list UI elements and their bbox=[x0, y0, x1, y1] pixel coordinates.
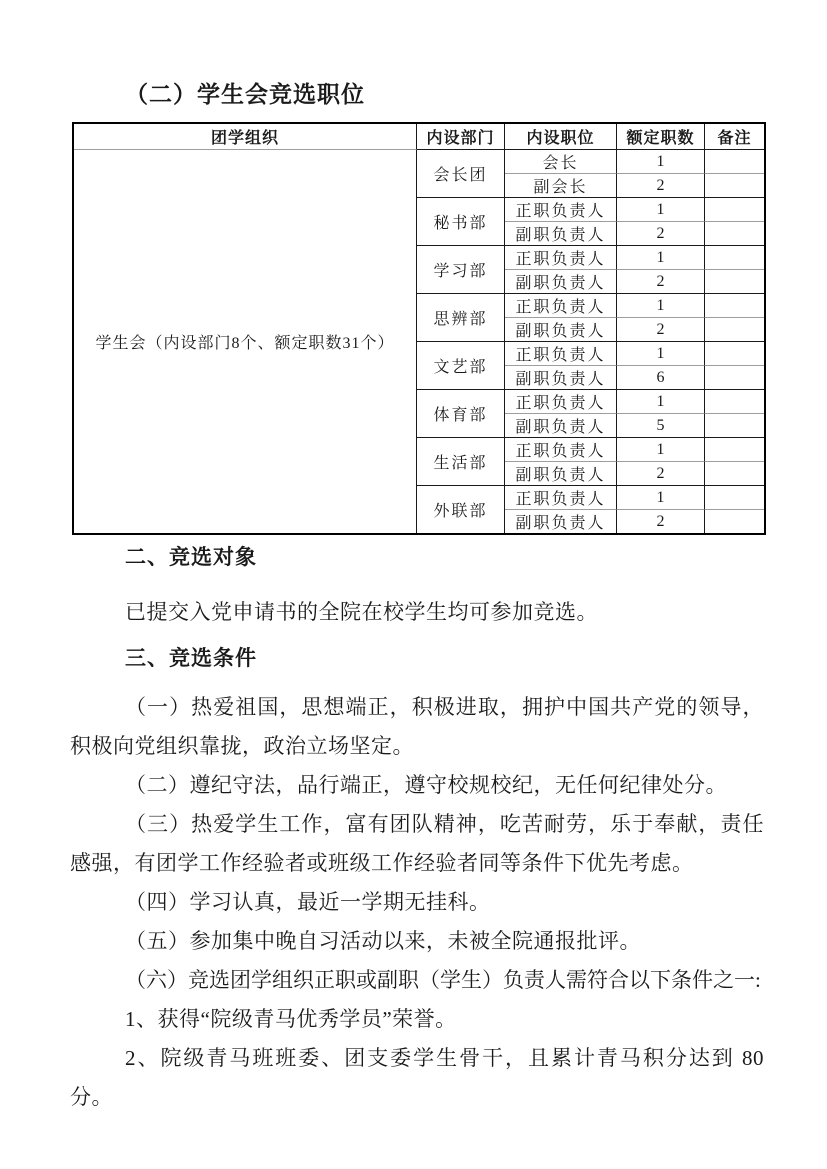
note-cell bbox=[705, 414, 764, 438]
body-paragraph: （五）参加集中晚自习活动以来，未被全院通报批评。 bbox=[70, 922, 764, 961]
dept-cell: 生活部 bbox=[417, 438, 505, 486]
quota-cell: 1 bbox=[617, 390, 705, 414]
position-cell: 副会长 bbox=[505, 174, 617, 198]
body-paragraph: （二）遵纪守法，品行端正，遵守校规校纪，无任何纪律处分。 bbox=[70, 766, 764, 805]
quota-cell: 1 bbox=[617, 198, 705, 222]
quota-cell: 1 bbox=[617, 246, 705, 270]
dept-cell: 文艺部 bbox=[417, 342, 505, 390]
org-cell: 学生会（内设部门8个、额定职数31个） bbox=[74, 150, 417, 533]
dept-cell: 学习部 bbox=[417, 246, 505, 294]
position-cell: 正职负责人 bbox=[505, 294, 617, 318]
quota-cell: 2 bbox=[617, 270, 705, 294]
position-cell: 副职负责人 bbox=[505, 462, 617, 486]
body-paragraph: 1、获得“院级青马优秀学员”荣誉。 bbox=[70, 1000, 764, 1039]
subsection-heading-conditions: 三、竞选条件 bbox=[125, 646, 764, 672]
body-paragraph: （六）竞选团学组织正职或副职（学生）负责人需符合以下条件之一: bbox=[70, 961, 764, 1000]
quota-cell: 1 bbox=[617, 150, 705, 174]
quota-cell: 6 bbox=[617, 366, 705, 390]
position-cell: 副职负责人 bbox=[505, 414, 617, 438]
note-cell bbox=[705, 462, 764, 486]
position-cell: 副职负责人 bbox=[505, 270, 617, 294]
positions-table: 团学组织 内设部门 内设职位 额定职数 备注 学生会（内设部门8个、额定职数31… bbox=[72, 122, 766, 535]
note-cell bbox=[705, 270, 764, 294]
position-cell: 副职负责人 bbox=[505, 366, 617, 390]
position-cell: 副职负责人 bbox=[505, 510, 617, 533]
note-cell bbox=[705, 438, 764, 462]
col-header-note: 备注 bbox=[705, 124, 764, 150]
note-cell bbox=[705, 510, 764, 533]
position-cell: 正职负责人 bbox=[505, 246, 617, 270]
note-cell bbox=[705, 342, 764, 366]
quota-cell: 1 bbox=[617, 342, 705, 366]
document-page: （二）学生会竞选职位 团学组织 内设部门 内设职位 额定职数 备注 学生会（内设… bbox=[0, 0, 827, 1169]
note-cell bbox=[705, 174, 764, 198]
col-header-position: 内设职位 bbox=[505, 124, 617, 150]
position-cell: 会长 bbox=[505, 150, 617, 174]
note-cell bbox=[705, 318, 764, 342]
quota-cell: 2 bbox=[617, 318, 705, 342]
dept-cell: 秘书部 bbox=[417, 198, 505, 246]
quota-cell: 2 bbox=[617, 510, 705, 533]
quota-cell: 5 bbox=[617, 414, 705, 438]
body-paragraph: 已提交入党申请书的全院在校学生均可参加竞选。 bbox=[70, 593, 764, 632]
note-cell bbox=[705, 390, 764, 414]
quota-cell: 1 bbox=[617, 438, 705, 462]
note-cell bbox=[705, 366, 764, 390]
note-cell bbox=[705, 222, 764, 246]
col-header-quota: 额定职数 bbox=[617, 124, 705, 150]
section-title: （二）学生会竞选职位 bbox=[125, 76, 365, 109]
quota-cell: 1 bbox=[617, 294, 705, 318]
position-cell: 正职负责人 bbox=[505, 342, 617, 366]
note-cell bbox=[705, 150, 764, 174]
body-paragraph: （一）热爱祖国，思想端正，积极进取，拥护中国共产党的领导，积极向党组织靠拢，政治… bbox=[70, 688, 764, 766]
dept-cell: 外联部 bbox=[417, 486, 505, 533]
dept-cell: 体育部 bbox=[417, 390, 505, 438]
note-cell bbox=[705, 246, 764, 270]
position-cell: 副职负责人 bbox=[505, 222, 617, 246]
subsection-heading-targets: 二、竞选对象 bbox=[125, 545, 764, 571]
quota-cell: 1 bbox=[617, 486, 705, 510]
note-cell bbox=[705, 486, 764, 510]
table-header-row: 团学组织 内设部门 内设职位 额定职数 备注 bbox=[74, 124, 764, 150]
body-paragraph: （四）学习认真，最近一学期无挂科。 bbox=[70, 883, 764, 922]
col-header-org: 团学组织 bbox=[74, 124, 417, 150]
position-cell: 正职负责人 bbox=[505, 198, 617, 222]
dept-cell: 思辨部 bbox=[417, 294, 505, 342]
note-cell bbox=[705, 294, 764, 318]
quota-cell: 2 bbox=[617, 462, 705, 486]
document-body: 二、竞选对象 已提交入党申请书的全院在校学生均可参加竞选。 三、竞选条件 （一）… bbox=[70, 545, 764, 1117]
table-row: 学生会（内设部门8个、额定职数31个） 会长团 会长 1 bbox=[74, 150, 764, 174]
note-cell bbox=[705, 198, 764, 222]
position-cell: 正职负责人 bbox=[505, 390, 617, 414]
position-cell: 正职负责人 bbox=[505, 438, 617, 462]
position-cell: 副职负责人 bbox=[505, 318, 617, 342]
body-paragraph: 2、院级青马班班委、团支委学生骨干，且累计青马积分达到 80 分。 bbox=[70, 1039, 764, 1117]
position-cell: 正职负责人 bbox=[505, 486, 617, 510]
quota-cell: 2 bbox=[617, 222, 705, 246]
body-paragraph: （三）热爱学生工作，富有团队精神，吃苦耐劳，乐于奉献，责任感强，有团学工作经验者… bbox=[70, 805, 764, 883]
dept-cell: 会长团 bbox=[417, 150, 505, 198]
col-header-dept: 内设部门 bbox=[417, 124, 505, 150]
quota-cell: 2 bbox=[617, 174, 705, 198]
